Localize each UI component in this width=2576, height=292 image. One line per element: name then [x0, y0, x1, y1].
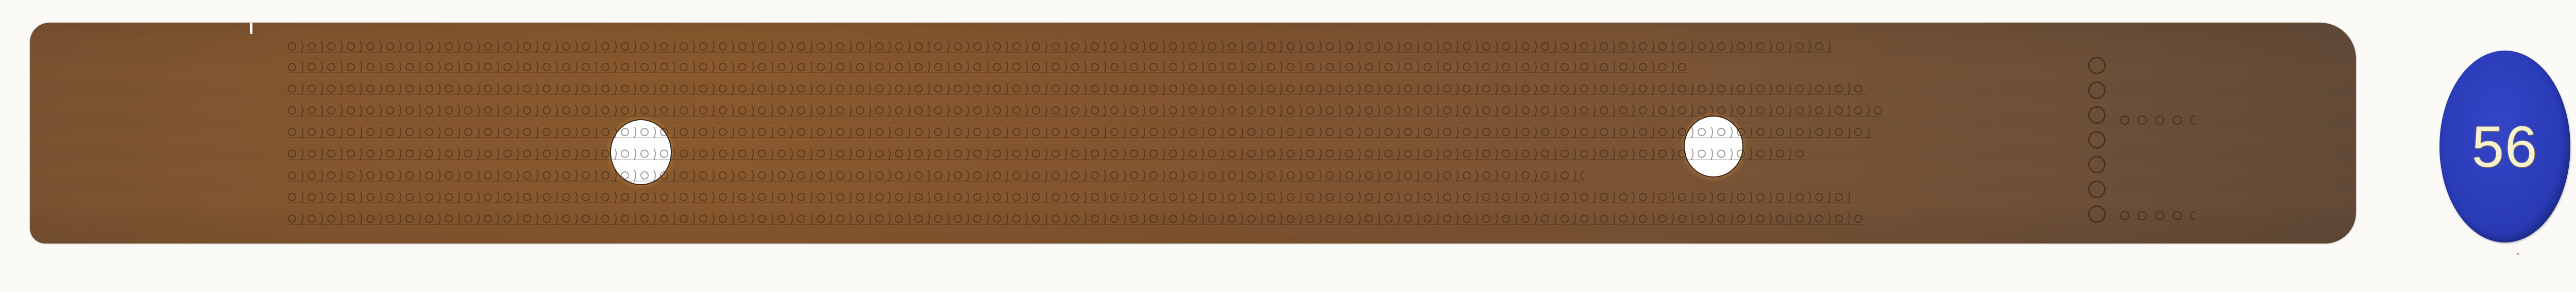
margin-annotation: [handwritten Tamil marginal annotation, …: [2076, 54, 2200, 230]
manuscript-line: [handwritten Tamil text – line 1, illegi…: [286, 36, 1832, 56]
manuscript-line: [handwritten Tamil text – line 9, illegi…: [286, 208, 1862, 228]
manuscript-line: [handwritten Tamil text – line 3, illegi…: [286, 78, 1868, 98]
folio-number-tag: 56: [2439, 51, 2570, 242]
manuscript-line: [handwritten Tamil text – line 4, illegi…: [286, 100, 1883, 120]
manuscript-text-block: [handwritten Tamil text – line 1, illegi…: [286, 36, 1893, 232]
margin-annotation-line: [2117, 209, 2195, 222]
manuscript-line: [handwritten Tamil text – line 5, illegi…: [286, 122, 1873, 141]
manuscript-line: [handwritten Tamil text – line 8, illegi…: [286, 187, 1852, 206]
manuscript-line: [handwritten Tamil text – line 7, illegi…: [286, 165, 1584, 185]
dust-speck: [2517, 253, 2519, 255]
leaf-edge-notch: [250, 23, 252, 34]
manuscript-line: [handwritten Tamil text – line 2, illegi…: [286, 57, 1687, 76]
manuscript-line: [handwritten Tamil text – line 6, illegi…: [286, 143, 1806, 163]
margin-annotation-vertical: [2081, 54, 2112, 230]
margin-annotation-line: [2117, 113, 2195, 127]
folio-number: 56: [2472, 113, 2538, 180]
